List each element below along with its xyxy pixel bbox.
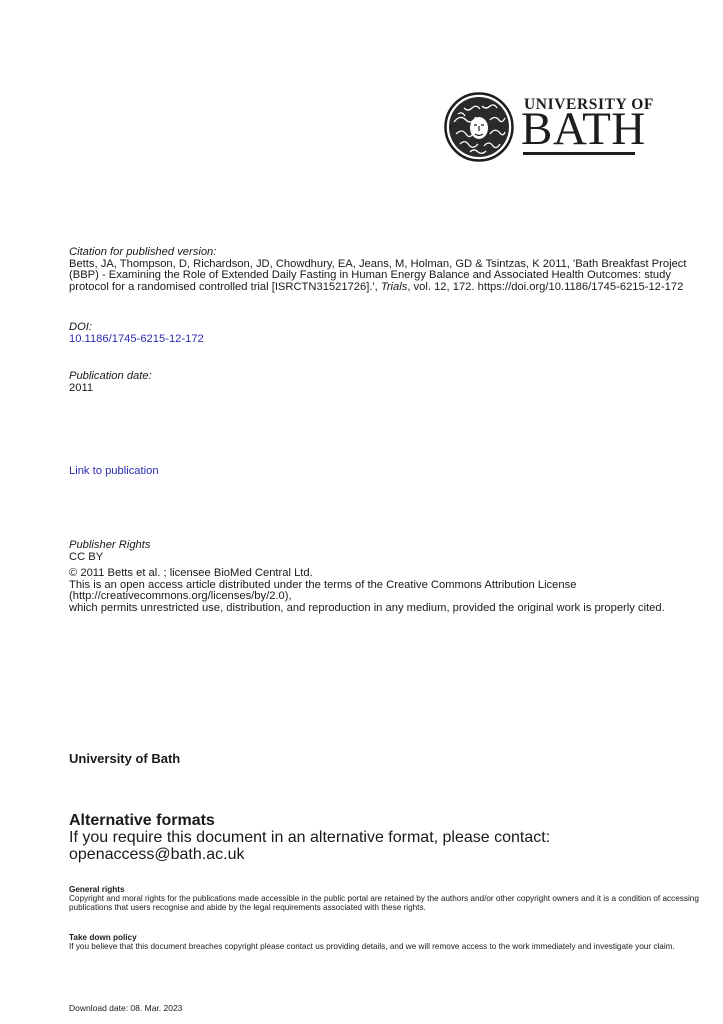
publication-date-block: Publication date: 2011 (69, 371, 152, 394)
general-rights-block: General rights Copyright and moral right… (69, 885, 709, 912)
publication-date-label: Publication date: (69, 371, 152, 383)
take-down-policy-block: Take down policy If you believe that thi… (69, 933, 709, 951)
alternative-formats-block: Alternative formats If you require this … (69, 812, 709, 863)
publisher-rights-block: Publisher Rights CC BY © 2011 Betts et a… (69, 540, 709, 615)
university-of-bath-logo: UNIVERSITY OF BATH (444, 92, 638, 162)
logo-underline (523, 152, 635, 155)
publisher-rights-license: CC BY (69, 552, 709, 564)
alternative-formats-text: If you require this document in an alter… (69, 829, 709, 846)
doi-block: DOI: 10.1186/1745-6215-12-172 (69, 322, 204, 345)
alternative-formats-email[interactable]: openaccess@bath.ac.uk (69, 846, 709, 863)
publisher-rights-label: Publisher Rights (69, 540, 709, 552)
general-rights-title: General rights (69, 885, 125, 894)
link-to-publication[interactable]: Link to publication (69, 466, 159, 478)
take-down-policy-text: If you believe that this document breach… (69, 942, 709, 951)
download-date: Download date: 08. Mar. 2023 (69, 1003, 182, 1013)
logo-bath-text: BATH (521, 106, 646, 153)
institution-name: University of Bath (69, 751, 180, 766)
alternative-formats-title: Alternative formats (69, 812, 709, 829)
doi-label: DOI: (69, 322, 204, 334)
publisher-rights-line3: which permits unrestricted use, distribu… (69, 603, 709, 615)
general-rights-text: Copyright and moral rights for the publi… (69, 894, 709, 912)
citation-block: Citation for published version: Betts, J… (69, 247, 709, 293)
publication-date-value: 2011 (69, 383, 152, 395)
doi-link[interactable]: 10.1186/1745-6215-12-172 (69, 334, 204, 346)
university-seal-icon (444, 92, 514, 162)
citation-text: Betts, JA, Thompson, D, Richardson, JD, … (69, 259, 709, 294)
take-down-policy-title: Take down policy (69, 933, 137, 942)
citation-journal: Trials (381, 281, 408, 293)
citation-text-tail: , vol. 12, 172. https://doi.org/10.1186/… (407, 281, 683, 293)
